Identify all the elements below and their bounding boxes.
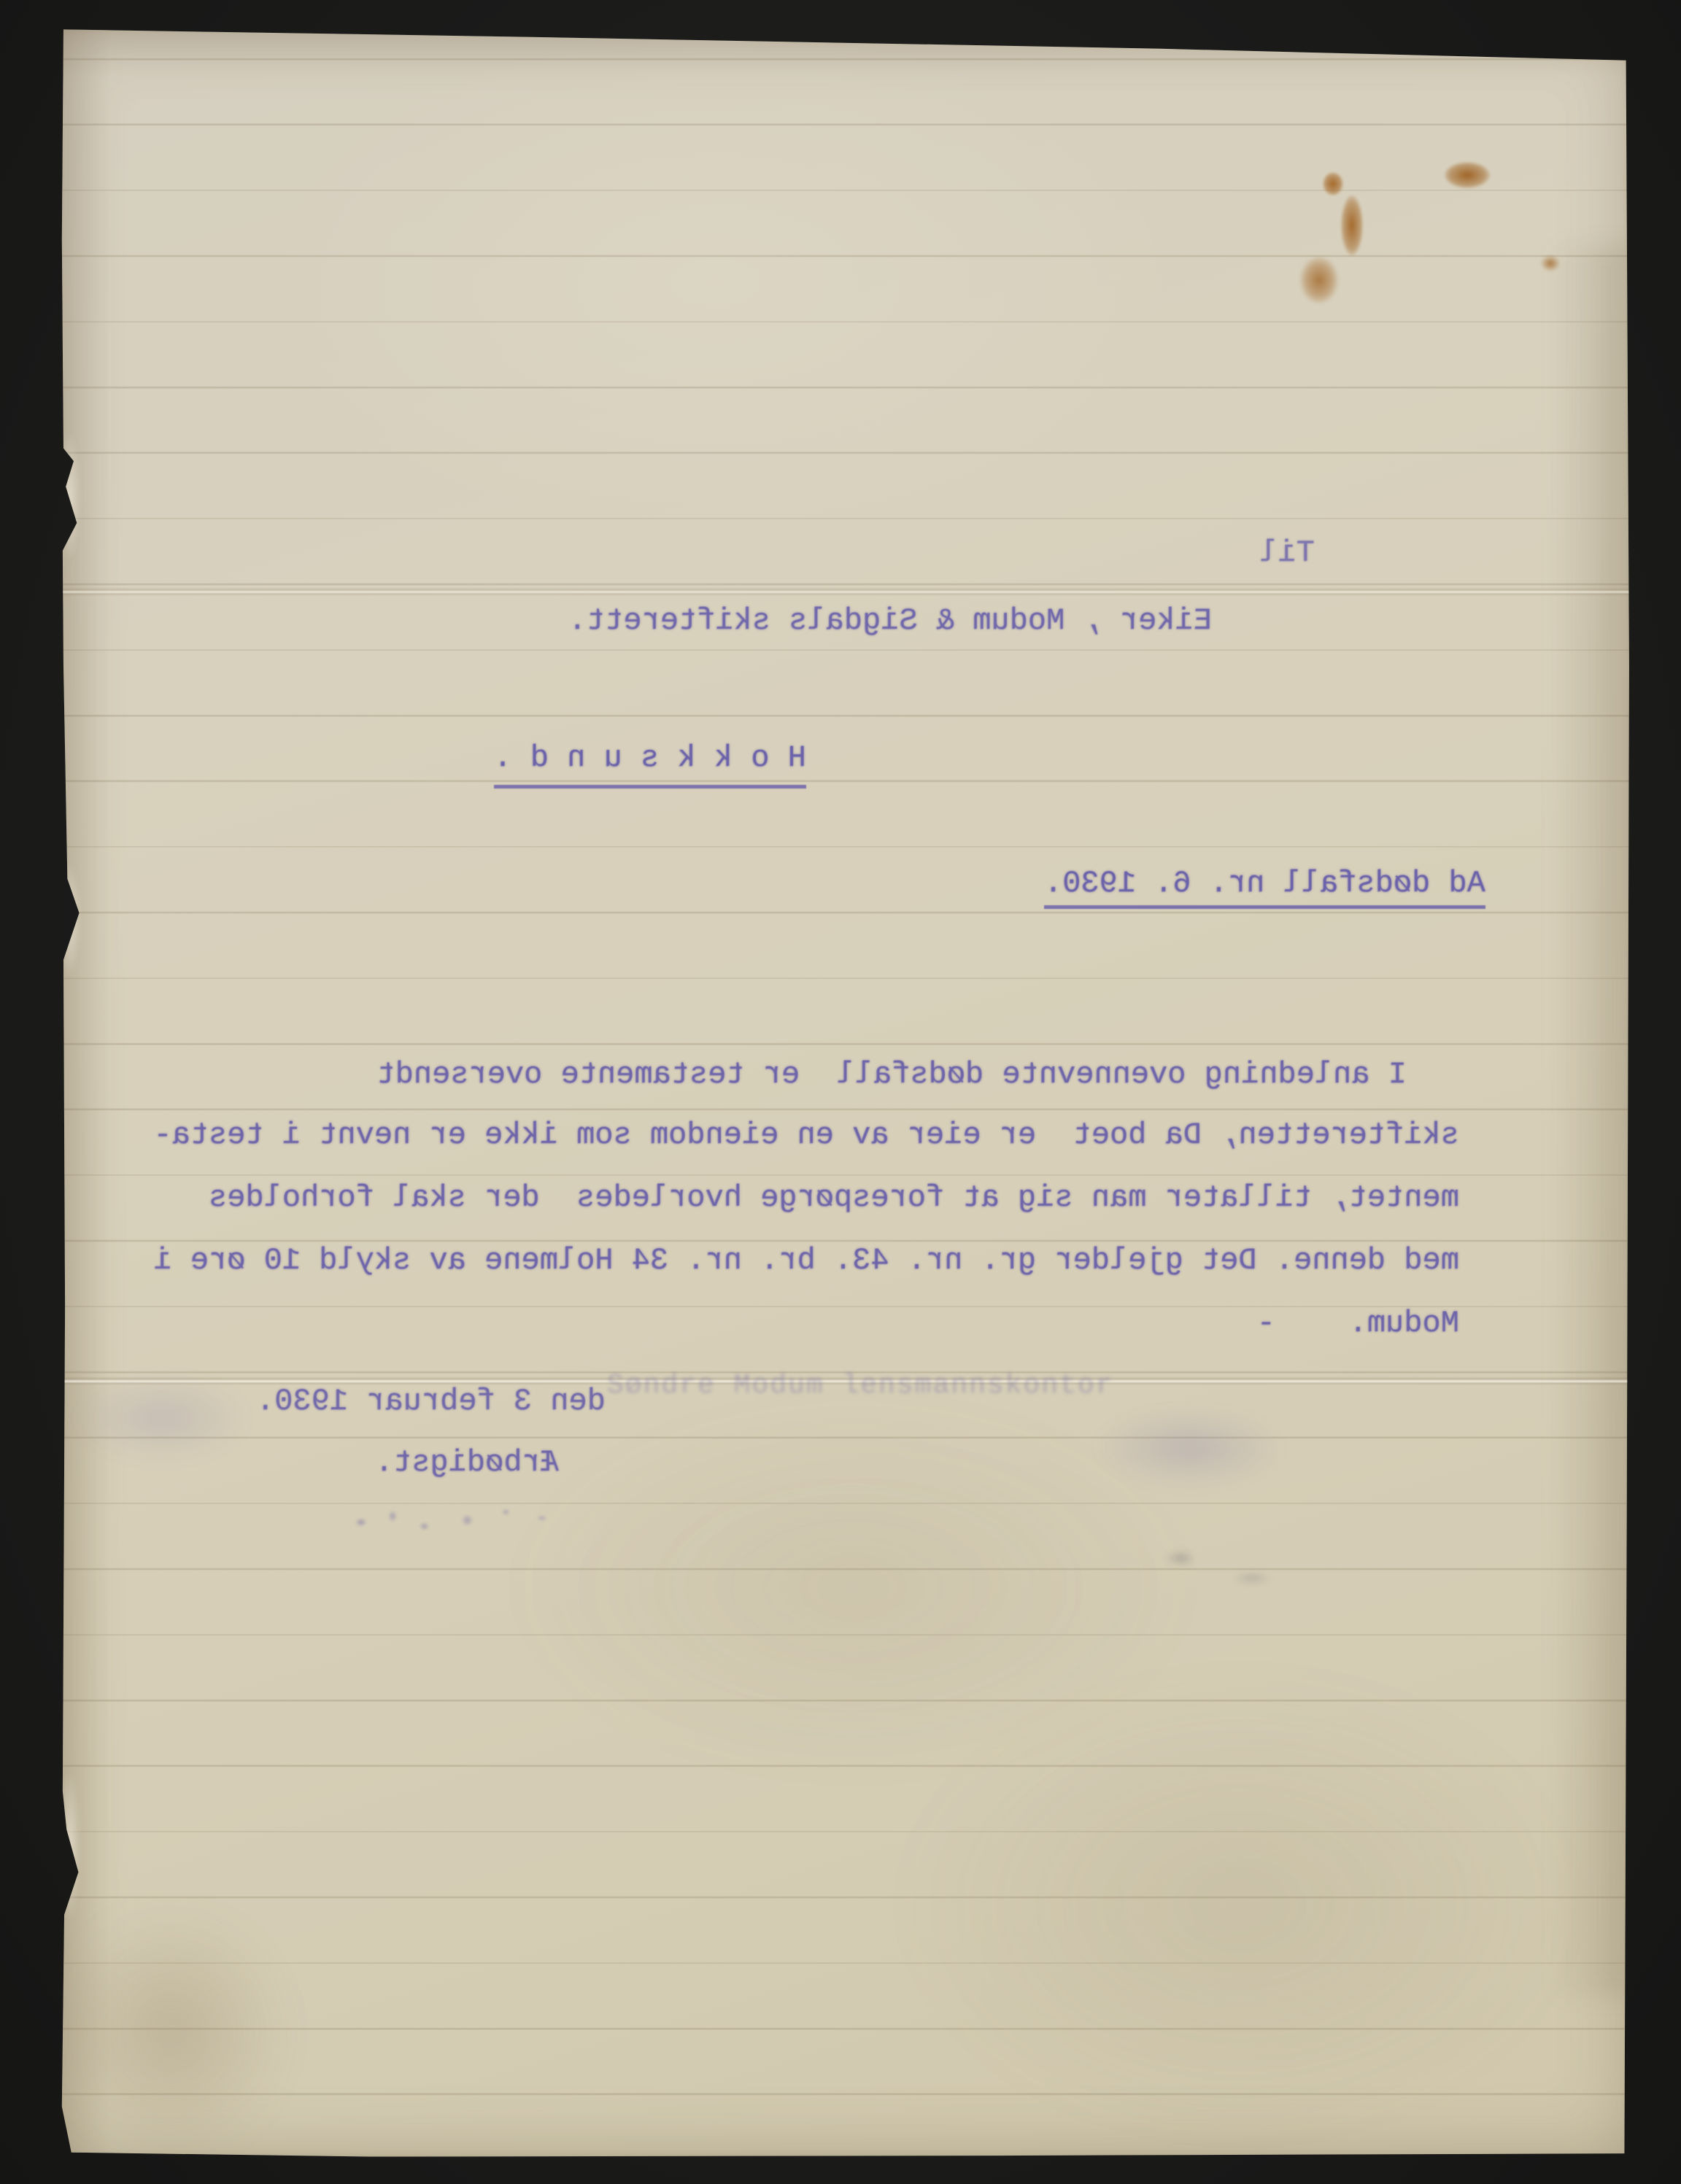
faint-ink-marks [343, 1500, 569, 1541]
foxing-stain [1445, 162, 1490, 188]
torn-edge-highlight [58, 1773, 80, 1919]
ink-smudge [74, 1374, 250, 1462]
paper-mottling [893, 1668, 1586, 2142]
edge-shadow-left [54, 26, 111, 2158]
fold-crease [54, 1376, 1630, 1385]
corner-wear-stain [54, 1908, 287, 2156]
foxing-stain [1300, 257, 1338, 303]
foxing-stain [1341, 195, 1363, 255]
edge-shadow-top [54, 26, 1630, 77]
foxing-stain [1323, 172, 1343, 195]
fold-crease [54, 587, 1630, 596]
foxing-stain [1541, 255, 1560, 271]
pencil-marks [1119, 1526, 1323, 1606]
scan-background: Søndre Modum lensmannskontor Til Eiker ,… [0, 0, 1681, 2184]
torn-edge-highlight [58, 865, 80, 975]
ink-smudge [1094, 1408, 1284, 1488]
edge-shadow-right [1550, 245, 1630, 1996]
document-page [54, 26, 1630, 2158]
torn-edge-highlight [58, 435, 80, 559]
paper-mottling [506, 1398, 1199, 1777]
